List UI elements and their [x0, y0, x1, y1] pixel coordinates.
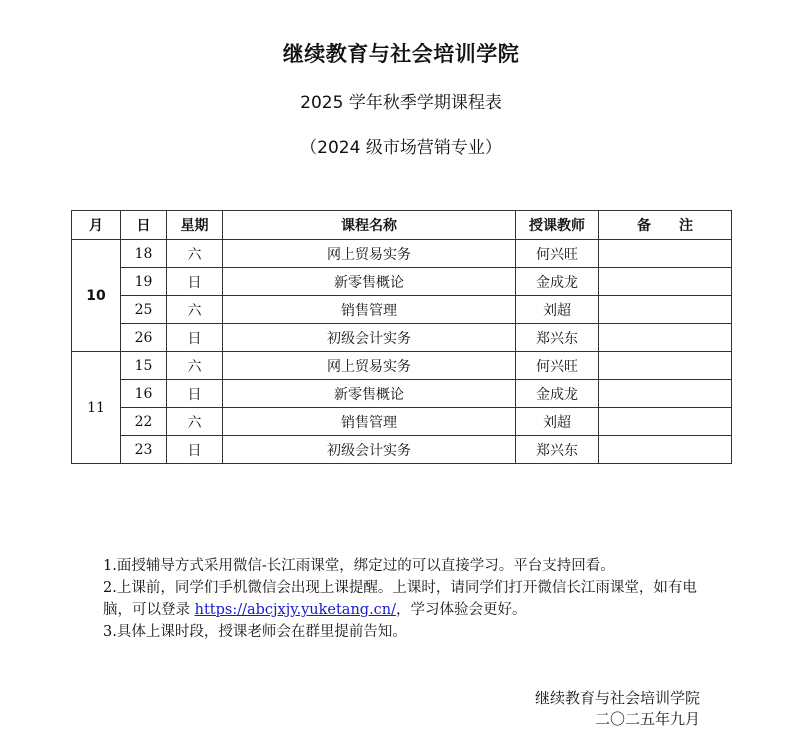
table-row: 11 15 六 网上贸易实务 何兴旺 [72, 352, 732, 380]
table-row: 19 日 新零售概论 金成龙 [72, 268, 732, 296]
teacher-cell: 郑兴东 [516, 324, 599, 352]
month-cell: 11 [72, 352, 121, 464]
signature-org: 继续教育与社会培训学院 [480, 688, 700, 709]
note-cell [599, 240, 732, 268]
signature: 继续教育与社会培训学院 二〇二五年九月 [480, 688, 700, 730]
weekday-cell: 六 [167, 296, 223, 324]
table-row: 16 日 新零售概论 金成龙 [72, 380, 732, 408]
course-cell: 销售管理 [223, 296, 516, 324]
notes-section: 1.面授辅导方式采用微信-长江雨课堂，绑定过的可以直接学习。平台支持回看。 2.… [103, 555, 723, 643]
course-cell: 新零售概论 [223, 268, 516, 296]
table-row: 26 日 初级会计实务 郑兴东 [72, 324, 732, 352]
course-cell: 销售管理 [223, 408, 516, 436]
day-cell: 23 [121, 436, 167, 464]
note-cell [599, 408, 732, 436]
note-line-2-tail: ，学习体验会更好。 [396, 602, 527, 618]
yuketang-link[interactable]: https://abcjxjy.yuketang.cn/ [195, 602, 396, 618]
day-cell: 16 [121, 380, 167, 408]
table-row: 23 日 初级会计实务 郑兴东 [72, 436, 732, 464]
note-line-2: 2.上课前，同学们手机微信会出现上课提醒。上课时，请同学们打开微信长江雨课堂，如… [103, 577, 723, 621]
note-cell [599, 436, 732, 464]
day-cell: 26 [121, 324, 167, 352]
day-cell: 25 [121, 296, 167, 324]
weekday-cell: 六 [167, 408, 223, 436]
table-row: 10 18 六 网上贸易实务 何兴旺 [72, 240, 732, 268]
col-note: 备 注 [599, 211, 732, 240]
teacher-cell: 何兴旺 [516, 352, 599, 380]
day-cell: 15 [121, 352, 167, 380]
col-month: 月 [72, 211, 121, 240]
teacher-cell: 金成龙 [516, 268, 599, 296]
note-cell [599, 352, 732, 380]
weekday-cell: 日 [167, 380, 223, 408]
col-course: 课程名称 [223, 211, 516, 240]
note-line-3: 3.具体上课时段，授课老师会在群里提前告知。 [103, 621, 723, 643]
signature-date: 二〇二五年九月 [480, 709, 700, 730]
course-cell: 初级会计实务 [223, 436, 516, 464]
course-cell: 网上贸易实务 [223, 352, 516, 380]
weekday-cell: 日 [167, 436, 223, 464]
schedule-subtitle: （2024 级市场营销专业） [0, 133, 802, 158]
day-cell: 19 [121, 268, 167, 296]
col-day: 日 [121, 211, 167, 240]
course-schedule-table: 月 日 星期 课程名称 授课教师 备 注 10 18 六 网上贸易实务 何兴旺 … [71, 210, 732, 464]
month-cell: 10 [72, 240, 121, 352]
col-teacher: 授课教师 [516, 211, 599, 240]
weekday-cell: 日 [167, 268, 223, 296]
note-cell [599, 380, 732, 408]
weekday-cell: 六 [167, 352, 223, 380]
schedule-title: 2025 学年秋季学期课程表 [0, 88, 802, 113]
course-cell: 网上贸易实务 [223, 240, 516, 268]
course-cell: 新零售概论 [223, 380, 516, 408]
teacher-cell: 郑兴东 [516, 436, 599, 464]
table-header-row: 月 日 星期 课程名称 授课教师 备 注 [72, 211, 732, 240]
teacher-cell: 金成龙 [516, 380, 599, 408]
note-line-1: 1.面授辅导方式采用微信-长江雨课堂，绑定过的可以直接学习。平台支持回看。 [103, 555, 723, 577]
table-row: 25 六 销售管理 刘超 [72, 296, 732, 324]
day-cell: 22 [121, 408, 167, 436]
note-cell [599, 296, 732, 324]
teacher-cell: 刘超 [516, 296, 599, 324]
teacher-cell: 何兴旺 [516, 240, 599, 268]
note-cell [599, 268, 732, 296]
teacher-cell: 刘超 [516, 408, 599, 436]
note-cell [599, 324, 732, 352]
table-row: 22 六 销售管理 刘超 [72, 408, 732, 436]
institution-title: 继续教育与社会培训学院 [0, 38, 802, 68]
weekday-cell: 日 [167, 324, 223, 352]
col-weekday: 星期 [167, 211, 223, 240]
day-cell: 18 [121, 240, 167, 268]
weekday-cell: 六 [167, 240, 223, 268]
course-cell: 初级会计实务 [223, 324, 516, 352]
